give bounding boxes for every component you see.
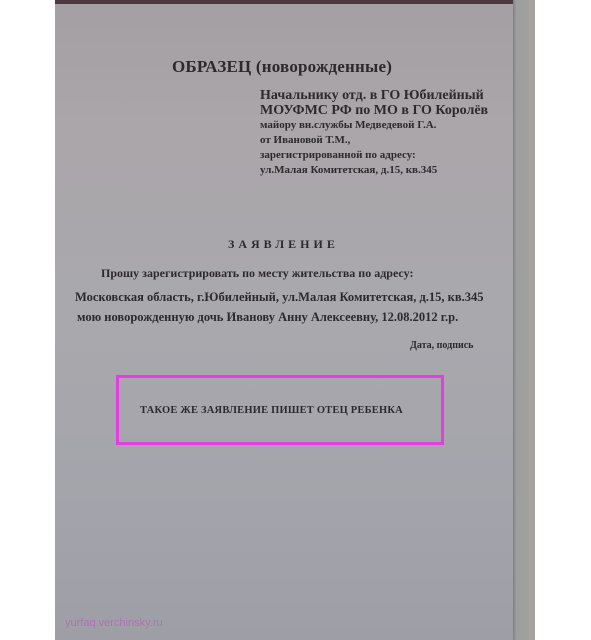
document-title: ОБРАЗЕЦ (новорожденные): [172, 57, 392, 77]
paper-edge-shadow: [513, 0, 535, 640]
addressee-line: ул.Малая Комитетская, д.15, кв.345: [260, 163, 488, 178]
highlighted-note: ТАКОЕ ЖЕ ЗАЯВЛЕНИЕ ПИШЕТ ОТЕЦ РЕБЕНКА: [140, 405, 403, 416]
photo-top-edge: [55, 0, 535, 4]
addressee-line: зарегистрированной по адресу:: [260, 148, 488, 163]
addressee-block: Начальнику отд. в ГО Юбилейный МОУФМС РФ…: [260, 88, 488, 178]
statement-body-line: Прошу зарегистрировать по месту жительст…: [101, 266, 413, 281]
statement-heading: ЗАЯВЛЕНИЕ: [228, 237, 339, 252]
addressee-line: майору вн.службы Медведевой Г.А.: [260, 118, 488, 133]
addressee-line: МОУФМС РФ по МО в ГО Королёв: [260, 103, 488, 118]
statement-body-line: Московская область, г.Юбилейный, ул.Мала…: [75, 290, 484, 305]
addressee-line: от Ивановой Т.М.,: [260, 133, 488, 148]
watermark: yurfaq.verchinsky.ru: [65, 617, 163, 629]
date-signature-label: Дата, подпись: [410, 340, 473, 351]
addressee-line: Начальнику отд. в ГО Юбилейный: [260, 88, 488, 103]
title-main: ОБРАЗЕЦ: [172, 57, 251, 76]
title-subtitle: (новорожденные): [256, 57, 392, 76]
statement-body-line: мою новорожденную дочь Иванову Анну Алек…: [77, 310, 458, 325]
